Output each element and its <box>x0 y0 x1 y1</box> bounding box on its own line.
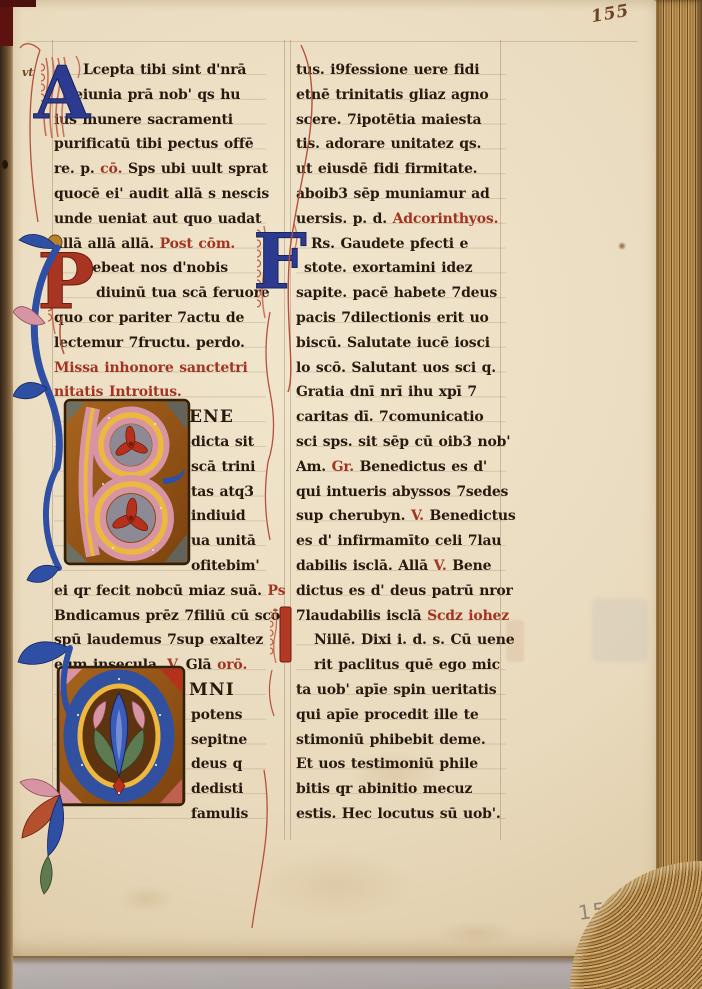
left-column-line: diuinū tua scā feruorē <box>96 281 269 306</box>
book-fore-edge <box>656 0 702 989</box>
left-column-line: Bndicamus prēz 7filiū cū scō <box>54 604 280 629</box>
show-through-mark <box>592 598 648 662</box>
right-column-line: dictus es d' deus patrū nror <box>296 579 513 604</box>
right-column-line: stote. exortamini idez <box>304 256 472 281</box>
left-column-line: dedisti <box>191 777 243 802</box>
right-column-line: ta uob' apīe spin ueritatis <box>296 678 496 703</box>
ruling-line-top <box>26 41 638 42</box>
text-column-right: tus. i9fessione uere fidietnē trinitatis… <box>296 58 506 828</box>
left-column-line: ei qr fecit nobcū miaz suā. Ps <box>54 579 285 604</box>
left-column-line: re. p. cō. Sps ubi uult sprat <box>54 157 268 182</box>
b-initial-foliage <box>11 228 71 648</box>
left-column-line: MNI <box>189 678 235 703</box>
illuminated-initial-b <box>63 398 191 566</box>
left-column-line: tas atq3 <box>191 480 254 505</box>
left-column-line: sepitne <box>191 728 247 753</box>
right-column-line: es d' infirmamīto celi 7lau <box>296 529 501 554</box>
parchment-stain <box>436 920 516 946</box>
left-column-line: Rebeat nos d'nobis <box>81 256 228 281</box>
right-column-line: sup cherubyn. V. Benedictus <box>296 504 516 529</box>
left-column-line: ua unitā <box>191 529 256 554</box>
right-column-line: qui intueris abyssos 7sedes <box>296 480 508 505</box>
right-column-line: Rs. Gaudete pfecti e <box>311 232 468 257</box>
left-column-line: deus q <box>191 752 242 777</box>
right-column-line: estis. Hec locutus sū uob'. <box>296 802 501 827</box>
left-column-line: ofitebim' <box>191 554 259 579</box>
left-column-line: unde ueniat aut quo uadat <box>54 207 261 232</box>
manuscript-photo: 155 155 vt Lcepta tibi sint d'nrāieiunia… <box>0 0 702 989</box>
binding-shadow-top <box>0 0 36 7</box>
left-column-line: Missa inhonore sanctetri <box>54 356 248 381</box>
manuscript-page: 155 155 vt Lcepta tibi sint d'nrāieiunia… <box>6 0 658 958</box>
left-column-line: quocē ei' audit allā s nescis <box>54 182 269 207</box>
o-initial-foliage <box>8 610 78 910</box>
folio-number-ink: 155 <box>590 1 631 27</box>
left-column-line: potens <box>191 703 242 728</box>
binding-gutter <box>0 0 13 989</box>
left-column-line: scā trini <box>191 455 255 480</box>
left-column-line: famulis <box>191 802 248 827</box>
left-column-line: dicta sit <box>191 430 254 455</box>
right-column-line: rit paclitus quē ego mic <box>314 653 500 678</box>
right-column-line: sapite. pacē habete 7deus <box>296 281 497 306</box>
left-column-line: indiuid <box>191 504 246 529</box>
left-column-line: ieiunia prā nob' qs hu <box>69 83 240 108</box>
left-column-line: spū laudemus 7sup exaltez <box>54 628 263 653</box>
left-column-line: Lcepta tibi sint d'nrā <box>83 58 246 83</box>
ink-spot <box>618 242 626 250</box>
right-column-line: 7laudabilis isclā Scdz iohez <box>296 604 509 629</box>
red-flourish-left <box>18 40 48 240</box>
right-column-line: Nillē. Dixi i. d. s. Cū uene <box>314 628 514 653</box>
parchment-stain <box>116 885 176 913</box>
red-flourish-intercolumn <box>256 40 326 940</box>
right-column-line: uersis. p. d. Adcorinthyos. <box>296 207 498 232</box>
right-column-line: sci sps. sit sēp cū oib3 nob' <box>296 430 510 455</box>
binding-mark <box>2 160 8 169</box>
left-column-line: ENE <box>189 405 234 430</box>
